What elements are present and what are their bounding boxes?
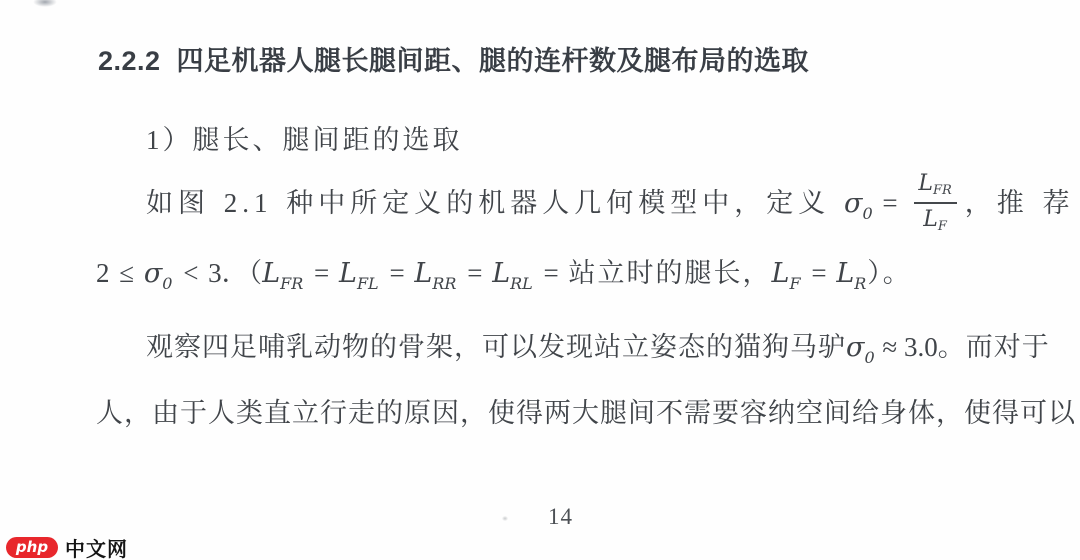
text-token: 如图 2.1 种中所定义的机器人几何模型中，定义	[146, 188, 844, 218]
math-symbol: L	[339, 258, 357, 289]
math-symbol: L	[918, 171, 933, 196]
text-token: 2 ≤	[96, 258, 144, 288]
text-token: =	[534, 258, 569, 288]
math-subscript: 0	[864, 348, 874, 367]
section-heading: 2.2.2 四足机器人腿长腿间距、腿的连杆数及腿布局的选取	[98, 40, 809, 82]
scan-smudge-artifact	[33, 0, 57, 7]
math-symbol: σ	[144, 258, 162, 289]
fraction-numerator: LFR	[914, 170, 956, 204]
text-token: =	[874, 188, 907, 218]
paragraph2-line1: 观察四足哺乳动物的骨架，可以发现站立姿态的猫狗马驴σ0 ≈ 3.0。而对于	[146, 324, 1050, 374]
text-token: =	[802, 258, 837, 288]
math-subscript: FR	[280, 274, 303, 293]
text-token: =	[304, 258, 339, 288]
math-subscript: RL	[510, 274, 533, 293]
math-symbol: σ	[846, 332, 864, 363]
text-token: =	[380, 258, 415, 288]
math-symbol: L	[836, 258, 854, 289]
math-symbol: L	[772, 258, 790, 289]
math-symbol: L	[492, 258, 510, 289]
fraction-denominator: LF	[914, 204, 956, 236]
scanned-document-page: 2.2.2 四足机器人腿长腿间距、腿的连杆数及腿布局的选取 1）腿长、腿间距的选…	[0, 0, 1080, 560]
page-number: 14	[548, 500, 573, 534]
math-subscript: F	[938, 219, 947, 234]
math-subscript: 0	[162, 274, 172, 293]
math-subscript: FR	[933, 183, 952, 198]
text-token: < 3．（	[173, 258, 262, 288]
math-subscript: FL	[357, 274, 379, 293]
math-symbol: L	[262, 258, 280, 289]
paragraph2-line2: 人，由于人类直立行走的原因，使得两大腿间不需要容纳空间给身体，使得可以	[96, 390, 1076, 436]
text-token: ，	[965, 188, 997, 218]
math-fraction: LFRLF	[914, 170, 956, 236]
math-symbol: σ	[844, 188, 862, 219]
math-subscript: 0	[862, 204, 872, 223]
text-token: 。而对于	[938, 332, 1050, 362]
math-subscript: RR	[432, 274, 456, 293]
php-logo-badge: php	[6, 537, 58, 558]
paragraph1-line2: 2 ≤ σ0 < 3．（LFR = LFL = LRR = LRL = 站立时的…	[96, 250, 912, 300]
text-token: =	[457, 258, 492, 288]
text-token: ）。	[867, 258, 912, 288]
paragraph1-line1: 如图 2.1 种中所定义的机器人几何模型中，定义 σ0 = LFRLF，推 荐	[146, 164, 1075, 246]
text-token: 推 荐	[997, 188, 1075, 218]
text-token: 观察四足哺乳动物的骨架，可以发现站立姿态的猫狗马驴	[146, 332, 846, 362]
math-symbol: L	[923, 207, 938, 232]
math-subscript: R	[854, 274, 866, 293]
php-cn-watermark: php 中文网	[6, 533, 128, 560]
math-symbol: L	[414, 258, 432, 289]
text-token: ≈ 3.0	[876, 332, 938, 362]
scan-speck-artifact	[502, 516, 508, 521]
math-subscript: F	[789, 274, 800, 293]
numbered-list-heading: 1）腿长、腿间距的选取	[146, 120, 463, 160]
watermark-site-name: 中文网	[65, 533, 128, 560]
text-token: 站立时的腿长，	[569, 258, 772, 288]
